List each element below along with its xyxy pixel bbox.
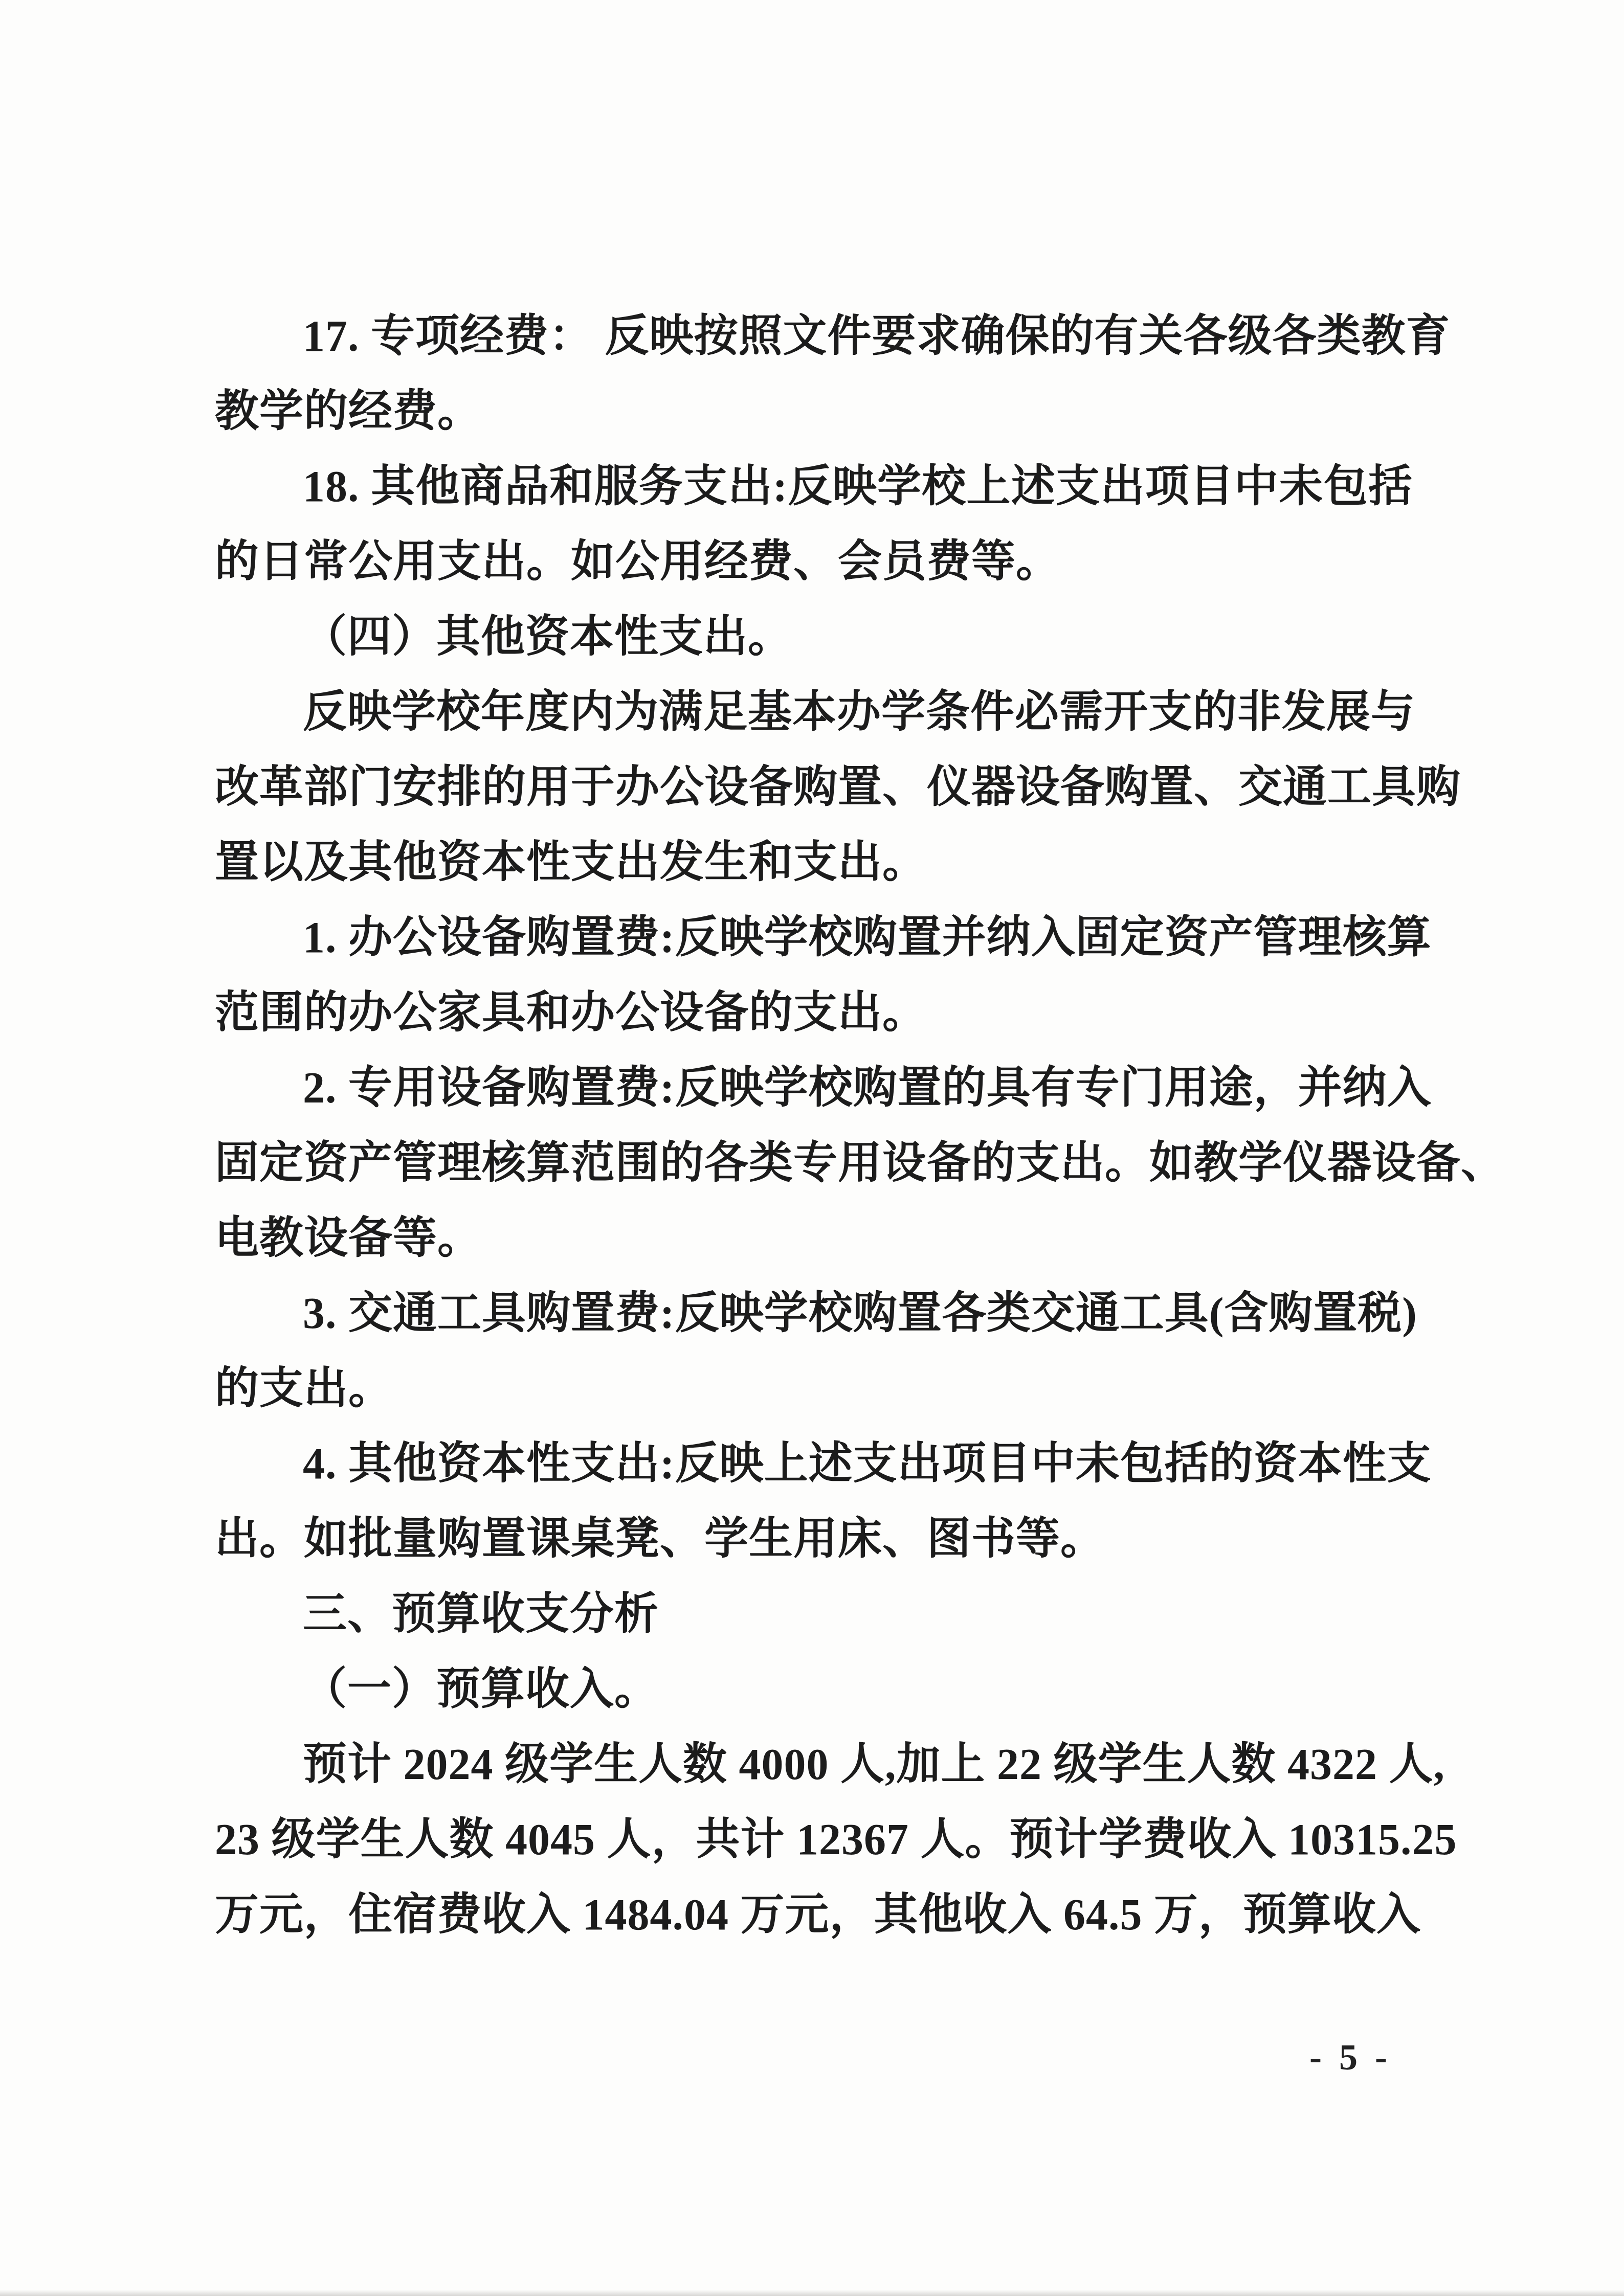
text-line: 3. 交通工具购置费:反映学校购置各类交通工具(含购置税) <box>215 1276 1413 1351</box>
line-text: 23 级学生人数 4045 人，共计 12367 人。预计学费收入 10315.… <box>215 1815 1457 1864</box>
line-text: 反映学校购置的具有专门用途，并纳入 <box>675 1063 1432 1112</box>
text-line: 改革部门安排的用于办公设备购置、仪器设备购置、交通工具购 <box>215 750 1413 825</box>
line-text: 的支出。 <box>215 1364 393 1413</box>
text-line: 出。如批量购置课桌凳、学生用床、图书等。 <box>215 1501 1413 1577</box>
line-text: 万元，住宿费收入 1484.04 万元，其他收入 64.5 万，预算收入 <box>215 1890 1421 1939</box>
line-text: 反映上述支出项目中未包括的资本性支 <box>675 1439 1432 1488</box>
item-label: 2. 专用设备购置费: <box>303 1063 675 1112</box>
subsection-heading-budget-income: （一）预算收入。 <box>215 1652 1413 1727</box>
text-line: 的支出。 <box>215 1351 1413 1426</box>
text-line: 教学的经费。 <box>215 374 1413 449</box>
text-line: 反映学校年度内为满足基本办学条件必需开支的非发展与 <box>215 674 1413 750</box>
text-line: 的日常公用支出。如公用经费、会员费等。 <box>215 524 1413 599</box>
line-text: 改革部门安排的用于办公设备购置、仪器设备购置、交通工具购 <box>215 762 1461 812</box>
line-text: 反映学校购置并纳入固定资产管理核算 <box>675 913 1432 962</box>
text-line: 范围的办公家具和办公设备的支出。 <box>215 975 1413 1050</box>
line-text: 反映学校年度内为满足基本办学条件必需开支的非发展与 <box>303 687 1415 736</box>
item-label: 17. 专项经费： <box>303 311 593 361</box>
text-line: 预计 2024 级学生人数 4000 人,加上 22 级学生人数 4322 人, <box>215 1727 1413 1802</box>
item-label: 4. 其他资本性支出: <box>303 1439 675 1488</box>
line-text: 电教设备等。 <box>215 1213 482 1263</box>
text-line: 4. 其他资本性支出:反映上述支出项目中未包括的资本性支 <box>215 1426 1413 1501</box>
section-heading-other-capital-expenditure: （四）其他资本性支出。 <box>215 599 1413 674</box>
text-line: 固定资产管理核算范围的各类专用设备的支出。如教学仪器设备、 <box>215 1126 1413 1201</box>
line-text: 范围的办公家具和办公设备的支出。 <box>215 988 927 1037</box>
scan-edge-artifact <box>0 2290 1624 2296</box>
heading-label: （四）其他资本性支出。 <box>303 612 792 661</box>
line-text: 反映按照文件要求确保的有关各级各类教育 <box>593 311 1451 361</box>
text-line: 万元，住宿费收入 1484.04 万元，其他收入 64.5 万，预算收入 <box>215 1877 1413 1952</box>
heading-label: 三、预算收支分析 <box>303 1589 659 1638</box>
item-label: 1. 办公设备购置费: <box>303 913 675 962</box>
item-label: 18. 其他商品和服务支出: <box>303 462 788 511</box>
text-line: 23 级学生人数 4045 人，共计 12367 人。预计学费收入 10315.… <box>215 1802 1413 1877</box>
text-line: 电教设备等。 <box>215 1201 1413 1276</box>
line-text: 固定资产管理核算范围的各类专用设备的支出。如教学仪器设备、 <box>215 1138 1505 1187</box>
section-heading-budget-analysis: 三、预算收支分析 <box>215 1577 1413 1652</box>
line-text: 反映学校购置各类交通工具(含购置税) <box>675 1289 1417 1338</box>
text-line: 18. 其他商品和服务支出:反映学校上述支出项目中未包括 <box>215 449 1413 524</box>
text-line: 1. 办公设备购置费:反映学校购置并纳入固定资产管理核算 <box>215 900 1413 975</box>
line-text: 出。如批量购置课桌凳、学生用床、图书等。 <box>215 1514 1105 1563</box>
text-line: 置以及其他资本性支出发生和支出。 <box>215 825 1413 900</box>
line-text: 反映学校上述支出项目中未包括 <box>788 462 1413 511</box>
text-line: 17. 专项经费： 反映按照文件要求确保的有关各级各类教育 <box>215 299 1413 374</box>
line-text: 预计 2024 级学生人数 4000 人,加上 22 级学生人数 4322 人, <box>303 1740 1445 1789</box>
document-body: 17. 专项经费： 反映按照文件要求确保的有关各级各类教育 教学的经费。 18.… <box>215 299 1413 1952</box>
line-text: 的日常公用支出。如公用经费、会员费等。 <box>215 537 1060 586</box>
document-page: 17. 专项经费： 反映按照文件要求确保的有关各级各类教育 教学的经费。 18.… <box>0 0 1624 2296</box>
item-label: 3. 交通工具购置费: <box>303 1289 675 1338</box>
page-number: - 5 - <box>1281 2036 1419 2079</box>
heading-label: （一）预算收入。 <box>303 1664 659 1714</box>
line-text: 教学的经费。 <box>215 387 482 436</box>
line-text: 置以及其他资本性支出发生和支出。 <box>215 838 927 887</box>
text-line: 2. 专用设备购置费:反映学校购置的具有专门用途，并纳入 <box>215 1050 1413 1126</box>
